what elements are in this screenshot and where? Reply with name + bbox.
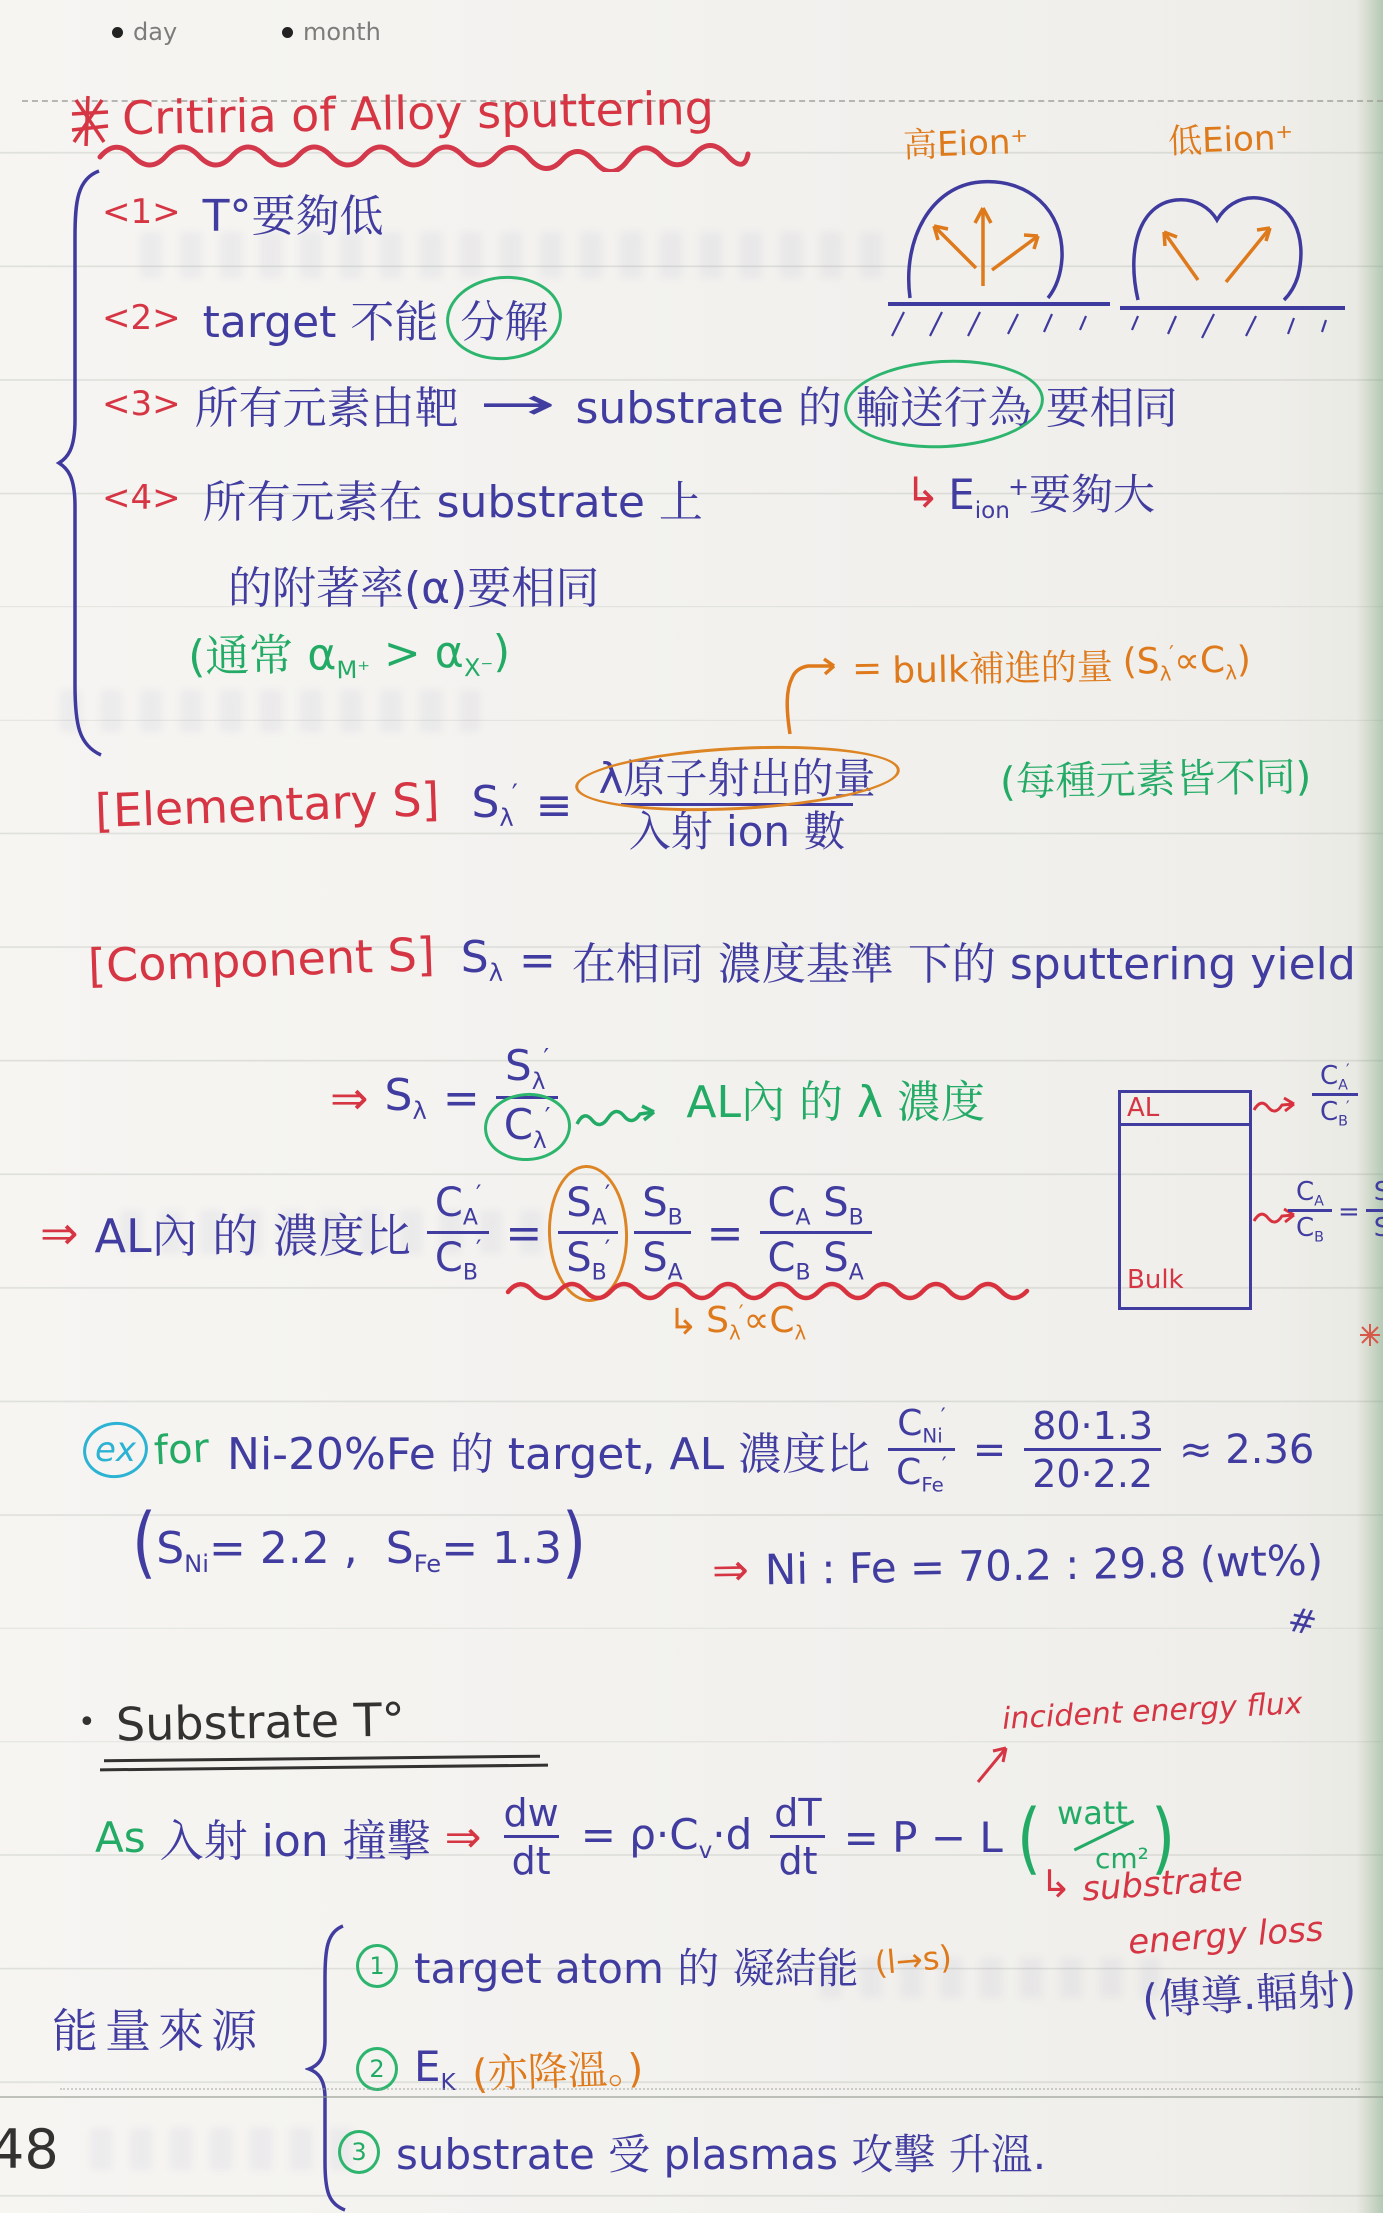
bulk-supply-note: = bulk補進的量 (Sλ′∝Cλ) (852, 637, 1252, 695)
incident-flux-label: incident energy flux (1001, 1686, 1303, 1737)
proportional-note: ↳ Sλ′∝Cλ (668, 1300, 806, 1345)
ratio-lead-text: AL內 的 濃度比 (95, 1200, 411, 1266)
notebook-page: day month Critiria of Alloy sputtering 高… (0, 0, 1383, 2213)
proportionality-note: (Sλ′∝Cλ) (1122, 640, 1251, 687)
circled-yield-fraction: SA′ SB′ (558, 1181, 618, 1286)
criterion-4-line2: 的附著率(α)要相同 (228, 552, 599, 616)
eion-sputter-sketch (880, 108, 1383, 360)
loss-label-2: energy loss (1127, 1909, 1325, 1963)
altered-layer-box: AL Bulk (1118, 1090, 1252, 1310)
loss-label-1: substrate (1081, 1858, 1244, 1909)
criterion-3: <3> 所有元素由靶 → substrate 的 輸送行為 要相同 (102, 372, 1178, 436)
ca-cb-prime-fraction: CA′ CB′ (427, 1181, 489, 1286)
squiggle-arrow (574, 1096, 670, 1136)
title-wavy-underline (96, 142, 756, 172)
red-scribble-mark (1358, 1322, 1382, 1348)
elementary-s-label: [Elementary S] (94, 772, 440, 838)
equals-sign: = (852, 648, 883, 690)
circled-number-3: 3 (338, 2130, 380, 2174)
month-bullet-icon (282, 27, 293, 38)
red-squiggle-arrow (1252, 1094, 1310, 1118)
header-day: day (112, 18, 177, 46)
circled-number-2: 2 (356, 2047, 398, 2091)
criterion-1-text: T°要夠低 (203, 180, 384, 244)
approx-result: ≈ 2.36 (1179, 1427, 1314, 1473)
source-1-note: (l→s) (873, 1938, 953, 1983)
bulk-ratio-equation: CA CB = SA′ SB′ (1288, 1178, 1383, 1246)
example-text: Ni-20%Fe 的 target, AL 濃度比 (227, 1418, 870, 1482)
cni-cfe-fraction: CNi′ CFe′ (888, 1404, 955, 1496)
criterion-3-number: <3> (102, 384, 181, 424)
conduction-radiation-note: (傳導.輻射) (1141, 1956, 1358, 2027)
equals-sign: = (973, 1427, 1007, 1473)
equiv-sign: ≡ (536, 780, 573, 831)
eion-large-note-text: Eion+要夠大 (948, 462, 1155, 524)
criterion-1: <1> T°要夠低 (102, 180, 384, 244)
implies-arrow: ⇒ (445, 1812, 482, 1863)
criterion-4-text-line2: 的附著率(α)要相同 (228, 552, 599, 616)
result-line: ⇒ Ni : Fe = 70.2 : 29.8 (wt%) (712, 1535, 1324, 1597)
criterion-3-text-post: 要相同 (1046, 372, 1178, 436)
equals-sign: = (1338, 1197, 1360, 1227)
dT-dt-fraction: dT dt (766, 1792, 829, 1882)
p-minus-l: = P − L (844, 1813, 1003, 1862)
criterion-2-number: <2> (102, 298, 181, 338)
implies-arrow: ⇒ (712, 1545, 750, 1597)
source-item-1: 1 target atom 的 凝結能 (l→s) (356, 1936, 952, 1996)
criterion-1-number: <1> (102, 192, 181, 232)
bulk-label: Bulk (1127, 1265, 1184, 1295)
heading-underline (100, 1764, 548, 1772)
yield-values: (SNi= 2.2 , SFe= 1.3) (132, 1505, 586, 1578)
elementary-s-definition: [Elementary S] Sλ′ ≡ λ原子射出的量 入射 ion 數 (95, 735, 883, 875)
bleedthrough-smudge (60, 690, 480, 732)
al-concentration-note: AL內 的 λ 濃度 (686, 1066, 985, 1130)
substrate-heading-text: Substrate T° (115, 1692, 405, 1751)
implies-arrow: ⇒ (330, 1071, 369, 1125)
bottom-rule (0, 2096, 1383, 2098)
dw-dt-fraction: dw dt (496, 1792, 567, 1882)
result-text: Ni : Fe = 70.2 : 29.8 (wt%) (764, 1536, 1323, 1595)
corner-arrow-icon: ↳ (905, 468, 940, 517)
month-label: month (303, 18, 381, 46)
criterion-4-number: <4> (102, 478, 181, 518)
source-3-text: substrate 受 plasmas 攻擊 升溫. (396, 2122, 1046, 2182)
source-2-note: (亦降溫。) (471, 2037, 644, 2100)
energy-sources-label: 能量來源 (52, 1995, 264, 2061)
s-over-c-fraction: Sλ′ Cλ′ (496, 1042, 559, 1154)
for-word: for (153, 1426, 210, 1475)
as-word: As (95, 1813, 146, 1862)
yield-ratio-equation: ⇒ Sλ = Sλ′ Cλ′ AL內 的 λ 濃度 (330, 1038, 985, 1158)
corner-arrow-icon: ↳ (668, 1302, 698, 1343)
criterion-2-text: target 不能 (203, 286, 439, 350)
criterion-3-text-pre: 所有元素由靶 (195, 372, 459, 436)
fraction-denominator: 20·2.2 (1024, 1448, 1161, 1496)
circled-number-1: 1 (356, 1944, 398, 1988)
component-s-symbol: Sλ (461, 932, 503, 987)
open-paren: ( (1017, 1791, 1041, 1882)
day-bullet-icon (112, 27, 123, 38)
implies-arrow: ⇒ (40, 1206, 79, 1260)
sticking-coefficient-note: (通常 αM⁺ > αX⁻) (187, 615, 510, 687)
element-specific-note: (每種元素皆不同) (1000, 745, 1312, 807)
ejected-amount: λ原子射出的量 (599, 754, 876, 803)
bottom-dotted-rule (60, 2088, 1360, 2090)
source-1-text: target atom 的 凝結能 (414, 1936, 859, 1996)
fraction-numerator: 80·1.3 (1024, 1405, 1161, 1448)
page-title: Critiria of Alloy sputtering (122, 81, 715, 145)
incident-ion-count: 入射 ion 數 (621, 803, 854, 855)
criterion-2: <2> target 不能 分解 (102, 286, 548, 350)
casb-cbsa-fraction: CA SB CB SA (760, 1181, 872, 1286)
component-s-definition: [Component S] Sλ = 在相同 濃度基準 下的 sputterin… (88, 928, 1356, 992)
concentration-ratio-equation: ⇒ AL內 的 濃度比 CA′ CB′ = SA′ SB′ SB SA = CA… (40, 1168, 872, 1298)
source-item-3: 3 substrate 受 plasmas 攻擊 升溫. (338, 2122, 1046, 2182)
criterion-3-circled-term: 輸送行為 (856, 372, 1032, 436)
heat-balance-equation: As 入射 ion 撞擊 ⇒ dw dt = ρ·Cv·d dT dt = P … (95, 1782, 1175, 1892)
equals-sign: = (443, 1073, 480, 1124)
criterion-2-circled-term: 分解 (460, 286, 548, 350)
long-arrow: → (478, 379, 555, 430)
ion-bombard-text: 入射 ion 撞擊 (160, 1805, 431, 1869)
example-line: ex for Ni-20%Fe 的 target, AL 濃度比 CNi′ CF… (95, 1385, 1314, 1515)
page-number: 48 (0, 2118, 59, 2181)
surface-ratio-fraction: CA′ CB′ (1312, 1062, 1358, 1130)
rho-cv-d: = ρ·Cv·d (581, 1810, 753, 1864)
bulk-supply-text: bulk補進的量 (892, 639, 1113, 694)
corner-arrow-icon: ↳ (1040, 1862, 1072, 1906)
criterion-3-text-mid: substrate 的 (575, 372, 841, 436)
equals-sign: = (519, 935, 556, 986)
heading-underline (104, 1755, 540, 1763)
component-s-text: 在相同 濃度基準 下的 sputtering yield (572, 928, 1356, 992)
day-label: day (133, 18, 177, 46)
criterion-4-text-line1: 所有元素在 substrate 上 (203, 466, 703, 530)
criteria-brace (55, 165, 105, 760)
component-s-label: [Component S] (87, 927, 435, 993)
substrate-heading: • Substrate T° (78, 1695, 404, 1749)
equals-sign: = (505, 1208, 542, 1259)
sputter-yield-symbol: Sλ′ (471, 777, 517, 832)
equals-sign: = (707, 1208, 744, 1259)
sb-sa-fraction: SB SA (634, 1181, 690, 1286)
example-marker: ex (95, 1430, 136, 1470)
header-month: month (282, 18, 381, 46)
criterion-4-line1: <4> 所有元素在 substrate 上 (102, 466, 703, 530)
eion-large-note: ↳ Eion+要夠大 (905, 462, 1155, 524)
up-right-arrow (972, 1738, 1016, 1786)
al-layer-label: AL (1127, 1093, 1159, 1123)
numeric-fraction: 80·1.3 20·2.2 (1024, 1405, 1161, 1495)
bullet-icon: • (78, 1705, 96, 1740)
elbow-arrow (782, 648, 846, 736)
loss-arrow-row: ↳ substrate (1040, 1862, 1243, 1906)
end-mark: # (1284, 1599, 1320, 1644)
elementary-s-fraction: λ原子射出的量 入射 ion 數 (591, 755, 884, 854)
s-lambda: Sλ (385, 1070, 427, 1125)
